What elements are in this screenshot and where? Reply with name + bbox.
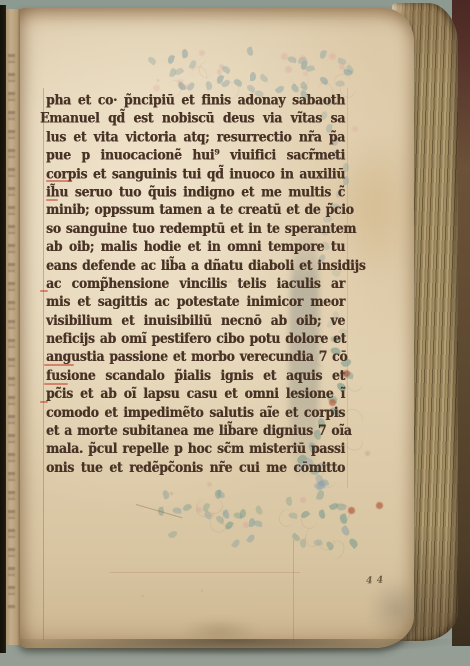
manuscript-photo: pha et co· p̃ncipiū et finis adonay saba…	[0, 0, 470, 666]
rubric-mark	[44, 364, 74, 366]
text-line: lus et vita victoria atq; resurrectio nr…	[46, 128, 345, 146]
text-line: eans defende ac lib̃a a dñatu diaboli et…	[46, 256, 345, 274]
text-line: so sanguine tuo redemptū et in te speran…	[46, 220, 345, 238]
text-line: visibilium et inuisibiliū necnō ab oib; …	[46, 311, 345, 329]
page-crease	[293, 540, 294, 644]
text-block: pha et co· p̃ncipiū et finis adonay saba…	[46, 91, 345, 477]
rubric-mark	[40, 401, 48, 403]
rubric-mark	[44, 383, 68, 385]
text-line: ab oib; malis hodie et in omni tempore t…	[46, 238, 345, 256]
text-line: pha et co· p̃ncipiū et finis adonay saba…	[46, 91, 345, 109]
book-spine-shadow	[0, 5, 6, 653]
text-line: neficijs ab omĩ pestifero cibo potu dolo…	[46, 330, 345, 348]
text-line: angustia passione et morbo verecundia 7 …	[46, 348, 345, 366]
text-line: et a morte subitanea me lib̃are dignius …	[46, 421, 345, 439]
text-line: ih̃u seruo tuo q̃uis indigno et me multi…	[46, 183, 345, 201]
text-line: pue p inuocacionẽ hui⁹ viuifici sacr̃met…	[46, 146, 345, 164]
text-line: corpis et sanguinis tui qd̃ inuoco in au…	[46, 164, 345, 182]
book-shadow	[6, 639, 458, 655]
text-line: mala. p̃cul repelle p hoc sc̃m misteriū …	[46, 440, 345, 458]
rubric-mark	[40, 290, 48, 292]
text-line: minib; oppssum tamen a te creatū et de p…	[46, 201, 345, 219]
ruling-line-bottom	[110, 572, 300, 573]
text-line: onis tue et redẽpc̃onis nr̃e cui me cōmi…	[46, 458, 345, 476]
facing-page-edge	[5, 9, 20, 645]
rubric-mark	[46, 180, 72, 182]
page-number: 44	[366, 574, 388, 586]
text-line: pc̃is et ab oĩ lapsu casu et omni lesion…	[46, 385, 345, 403]
text-line: ac comp̃hensione vincilis telis iaculis …	[46, 275, 345, 293]
text-line: comodo et impedimẽto salutis aĩe et corp…	[46, 403, 345, 421]
text-line: fusione scandalo p̃ialis ignis et aquis …	[46, 366, 345, 384]
text-line: mis et sagittis ac potestate inimicor me…	[46, 293, 345, 311]
text-line: Emanuel qd̃ est nobiscū deus via vĩtas s…	[46, 109, 345, 127]
rubric-mark	[46, 199, 58, 201]
